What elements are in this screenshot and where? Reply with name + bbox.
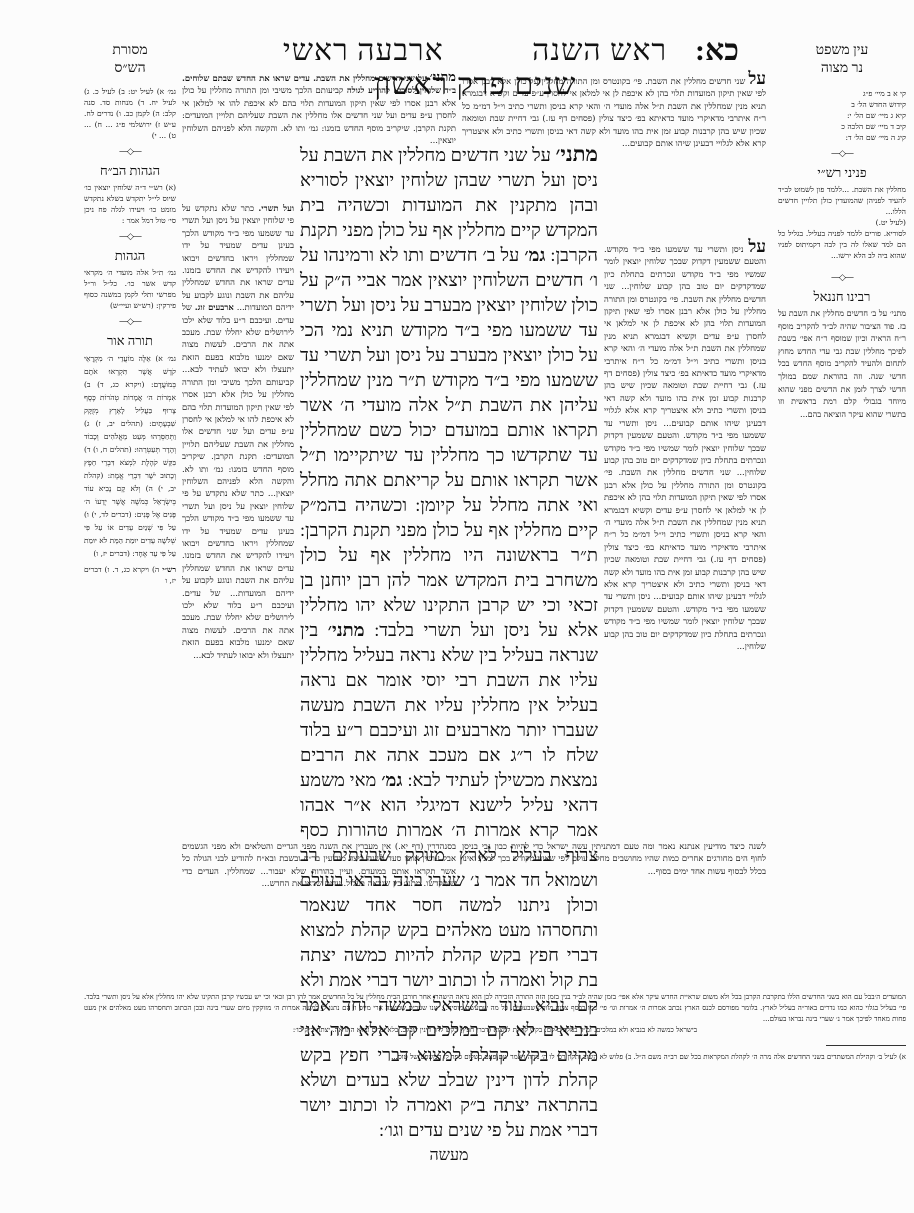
pninei-rashi-text-2: לסוריא. פורים ללמד לפניה בעליל. בגליל כל… xyxy=(778,228,906,261)
mishna-label-2: מתני׳ xyxy=(328,620,365,640)
tosafot-bottom: לשנה כיצד מודיעין אנתנא נאמר ומה טעם דמת… xyxy=(462,840,766,877)
ornament-divider: —◇— xyxy=(84,232,176,242)
ein-mishpat-entry: קי א ב מיי׳ פ״ג xyxy=(778,88,906,99)
rabbeinu-chananel-text: מתני׳ על ב׳ חדשים מחללין את השבת על בז. … xyxy=(778,308,906,421)
right-margin: עין משפט נר מצוה קי א ב מיי׳ פ״ג קידוש ה… xyxy=(778,42,906,421)
pninei-rashi-ref: (לעיל יט.) xyxy=(778,217,906,228)
rashi-lead: מתני׳ xyxy=(430,70,456,85)
tosafot-lead-word: על xyxy=(748,69,766,89)
bottom-commentary: המועדים ה׳בבל עם הוא בשני החדשים הללו בת… xyxy=(84,992,906,1036)
mishna-text-2: בין שנראה בעליל בין שלא נראה בעליל מחללי… xyxy=(300,620,598,790)
hagahot-title: הגהות xyxy=(84,248,176,264)
ein-mishpat-entry: קיב ד מיי׳ שם הלכה כ xyxy=(778,121,906,132)
pninei-rashi-title: פניני רש״י xyxy=(778,165,906,181)
mishna-label: מתני׳ xyxy=(556,142,598,166)
ein-mishpat-entry: קידוש החדש הל׳ ב xyxy=(778,99,906,110)
torah-or-text: גמ׳ א) אֵלֶּה מוֹעֲדֵי ה׳ מִקְרָאֵי קֹדֶ… xyxy=(84,352,176,560)
left-margin: מסורת הש״ס גמ׳ א) לעיל יט: ב) לעיל כ. ג)… xyxy=(84,42,176,586)
hagahot-bach-text: (א) רש״י ד״ה שלוחין יוצאין כו׳ שיוס לי״ל… xyxy=(84,182,176,226)
mesoret-hashas-title: מסורת הש״ס xyxy=(84,42,176,78)
footnote: א) לעיל ב׳ וקהילת המשתדים בשני החדשים אל… xyxy=(84,1052,906,1063)
gemara-body-2: מאי משמע דהאי עליל לישנא דמיגלי הוא א״ר … xyxy=(300,770,598,1140)
ein-mishpat-entry: קיג ה מיי׳ שם הל׳ ד: xyxy=(778,132,906,143)
rashi-column: ועל תשרי. כתר שלא נתקדש על פי שלוחין יוצ… xyxy=(182,142,294,932)
tosafot-column: על ניסן ותשרי עד ששמעו מפי ב״ד מקודש. וה… xyxy=(604,142,766,932)
pninei-rashi-text: מחללין את השבת. ...ללמד פון לשמוט לב״ד ל… xyxy=(778,184,906,217)
tosafot-text-continued: שני חדשים מחללין את השבת. פי׳ בקונטרס ומ… xyxy=(604,281,766,427)
mesoret-hashas-text: גמ׳ א) לעיל יט: ב) לעיל כ. ג) לעיל יח. ד… xyxy=(84,86,176,141)
gemara-body: על ב׳ חדשים ותו לא ורמינהו על ו׳ חדשים ה… xyxy=(300,245,598,640)
tosafot-top: על שני חדשים מחללין את השבת. פי׳ בקונטרס… xyxy=(462,72,766,149)
ein-mishpat-title: עין משפט נר מצוה xyxy=(778,42,906,78)
gemara-label: גמ׳ xyxy=(524,245,545,265)
ornament-divider: —◇— xyxy=(778,273,906,283)
hagahot-bach-title: הגהות הב״ח xyxy=(84,163,176,179)
rabbeinu-chananel-title: רבינו חננאל xyxy=(778,289,906,305)
ein-mishpat-list: קי א ב מיי׳ פ״ג קידוש החדש הל׳ ב קיא ג מ… xyxy=(778,88,906,143)
daf-number: כא: xyxy=(695,34,739,68)
tosafot-lead-word-2: על xyxy=(748,237,766,257)
rashi-top: מתני׳ על שני חדשים מחללין את השבת. עדים … xyxy=(182,72,456,146)
footnote-rule xyxy=(826,1045,906,1046)
next-page-catchword: מעשה xyxy=(300,1143,598,1168)
tractate-name: ראש השנה xyxy=(532,34,667,67)
rashi-bottom: בסנהדרין (דף יא.) אין מעברין את השנה מפנ… xyxy=(182,840,456,890)
ornament-divider: —◇— xyxy=(84,317,176,327)
hagahot-text: גמ׳ ת״ל אלה מועדי ה׳ מקראי קדש אשר כו׳. … xyxy=(84,267,176,311)
ornament-divider: —◇— xyxy=(778,149,906,159)
tosafot-text: שני חדשים מחללין את השבת. פי׳ בקונטרס ומ… xyxy=(462,76,766,148)
tosafot-text-2: ניסן ותשרי עד ששמעו מפי ב״ד מקודש. והטעם… xyxy=(604,244,766,291)
gemara-label-2: גמ׳ xyxy=(381,770,402,790)
ornament-divider: —◇— xyxy=(84,147,176,157)
ein-mishpat-entry: קיא ג מיי׳ שם הל׳ י: xyxy=(778,110,906,121)
torah-or-title: תורה אור xyxy=(84,333,176,349)
rashi-hashalem: רש״י ה) ויקרא כג, ד. ו) דברים יז, ו xyxy=(84,564,176,586)
